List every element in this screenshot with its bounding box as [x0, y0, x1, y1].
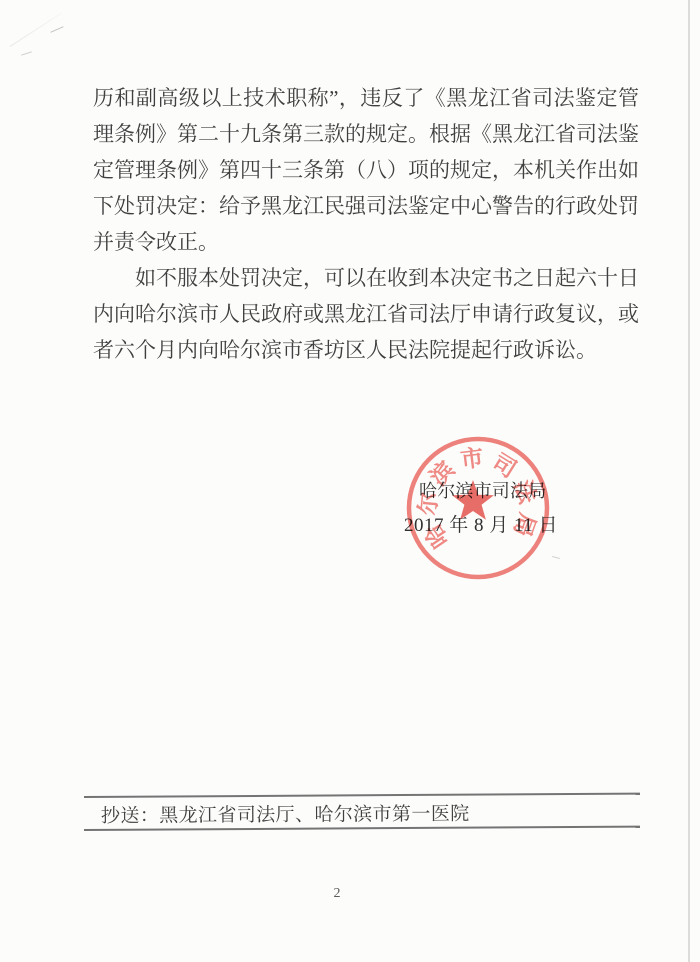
page-number: 2 [326, 886, 348, 902]
scratch-artifact [50, 26, 63, 33]
text-line: 下处罚决定：给予黑龙江民强司法鉴定中心警告的行政处罚 [93, 188, 639, 224]
seal-ring-char: 法 [509, 477, 540, 508]
seal-ring-char: 司 [488, 449, 521, 482]
cc-rule-top [84, 793, 640, 798]
seal-ring-char: 尔 [414, 491, 442, 516]
text-line: 如不服本处罚决定，可以在收到本决定书之日起六十日 [93, 260, 639, 296]
seal-ring-char: 市 [459, 445, 485, 473]
seal-ring-char: 局 [509, 510, 540, 540]
document-page: 历和副高级以上技术职称”，违反了《黑龙江省司法鉴定管 理条例》第二十九条第三款的… [0, 0, 700, 962]
text-line: 历和副高级以上技术职称”，违反了《黑龙江省司法鉴定管 [93, 80, 639, 116]
body-text: 历和副高级以上技术职称”，违反了《黑龙江省司法鉴定管 理条例》第二十九条第三款的… [93, 80, 639, 368]
scratch-artifact [21, 51, 32, 55]
cc-line: 抄送：黑龙江省司法厅、哈尔滨市第一医院 [101, 799, 470, 828]
official-seal: 哈 尔 滨 市 司 法 局 [398, 428, 568, 598]
text-line: 并责令改正。 [93, 224, 639, 260]
text-line: 理条例》第二十九条第三款的规定。根据《黑龙江省司法鉴 [93, 116, 639, 152]
seal-ring-char: 哈 [419, 519, 453, 553]
text-line: 内向哈尔滨市人民政府或黑龙江省司法厅申请行政复议，或 [93, 296, 639, 332]
text-line: 定管理条例》第四十三条第（八）项的规定，本机关作出如 [93, 152, 639, 188]
seal-star-icon [452, 480, 494, 520]
paper-edge-shadow [688, 0, 690, 962]
text-line: 者六个月内向哈尔滨市香坊区人民法院提起行政诉讼。 [93, 332, 639, 368]
